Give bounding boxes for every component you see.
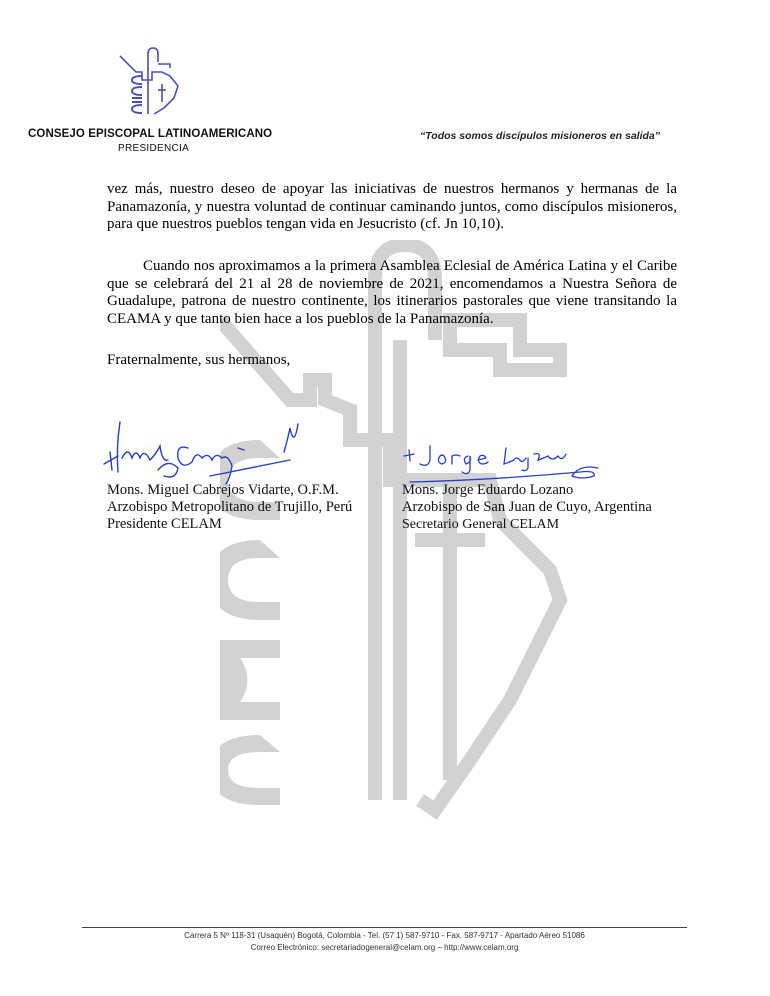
signer-cabrejos: Mons. Miguel Cabrejos Vidarte, O.F.M. Ar… [107,482,352,533]
closing-salutation: Fraternalmente, sus hermanos, [107,352,677,370]
organization-name: CONSEJO EPISCOPAL LATINOAMERICANO [28,128,272,140]
signature-cabrejos-icon [98,418,308,490]
paragraph-intro: vez más, nuestro deseo de apoyar las ini… [107,181,677,234]
celam-logo-icon [118,46,184,116]
footer-address: Carrera 5 Nº 118-31 (Usaquén) Bogotá, Co… [82,931,687,940]
paragraph-assembly: Cuando nos aproximamos a la primera Asam… [107,258,677,328]
signer-role: Secretario General CELAM [402,516,652,533]
signature-lozano-icon [402,440,612,485]
footer-contact: Correo Electrónico: secretariadogeneral@… [82,943,687,952]
footer-divider [82,927,687,928]
signer-name: Mons. Jorge Eduardo Lozano [402,482,652,499]
letter-page: CONSEJO EPISCOPAL LATINOAMERICANO PRESID… [0,0,770,996]
organization-subtitle: PRESIDENCIA [118,143,189,154]
celam-watermark-icon [220,240,700,840]
motto: “Todos somos discípulos misioneros en sa… [420,130,660,142]
signer-name: Mons. Miguel Cabrejos Vidarte, O.F.M. [107,482,352,499]
signer-lozano: Mons. Jorge Eduardo Lozano Arzobispo de … [402,482,652,533]
signer-title: Arzobispo Metropolitano de Trujillo, Per… [107,499,352,516]
signer-title: Arzobispo de San Juan de Cuyo, Argentina [402,499,652,516]
signer-role: Presidente CELAM [107,516,352,533]
